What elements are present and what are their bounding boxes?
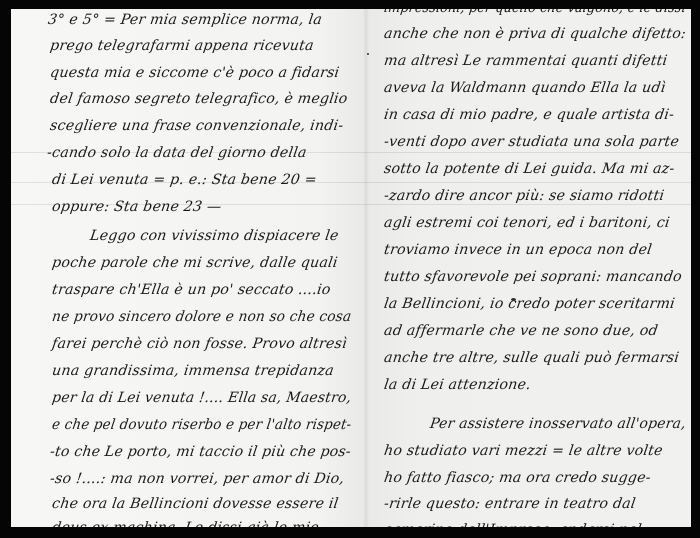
text-line: ad affermarle che ve ne sono due, od [383, 323, 659, 339]
text-line: troviamo invece in un epoca non del [383, 242, 653, 258]
text-line: Leggo con vivissimo dispiacere le [89, 228, 340, 244]
text-line: -so !....: ma non vorrei, per amor di Di… [49, 471, 345, 487]
text-line: per la di Lei venuta !.... Ella sa, Maes… [51, 390, 352, 406]
text-line: sotto la potente di Lei guida. Ma mi az- [383, 161, 676, 177]
text-line: del famoso segreto telegrafico, è meglio [49, 91, 349, 107]
text-line: in casa di mio padre, e quale artista di… [383, 107, 675, 123]
text-line: -zardo dire ancor più: se siamo ridotti [383, 188, 665, 204]
text-line: farei perchè ciò non fosse. Provo altres… [51, 336, 348, 352]
text-line: anche che non è priva di qualche difetto… [383, 26, 687, 42]
text-line: questa mia e siccome c'è poco a fidarsi [49, 65, 340, 81]
text-line: anche tre altre, sulle quali può fermars… [383, 350, 680, 366]
text-line: poche parole che mi scrive, dalle quali [51, 255, 339, 271]
text-line: ho fatto fiasco; ma ora credo sugge- [383, 470, 652, 486]
text-line: una grandissima, immensa trepidanza [51, 363, 335, 379]
ink-blot [511, 298, 516, 301]
text-line: aveva la Waldmann quando Ella la udì [383, 80, 667, 96]
ink-speck [367, 53, 369, 55]
text-line: 3° e 5° = Per mia semplice norma, la [47, 12, 323, 28]
text-line: tutto sfavorevole pei soprani: mancando [383, 269, 683, 285]
text-line: che ora la Bellincioni dovesse essere il [51, 496, 339, 512]
text-line: ma altresì Le rammentai quanti difetti [383, 53, 668, 69]
text-line: impressioni, per quello che valgono, e l… [383, 9, 687, 16]
text-line-underlined: deus ex machina. Le dissi già le mie [51, 520, 320, 527]
right-page: impressioni, per quello che valgono, e l… [369, 9, 691, 527]
text-line: -cando solo la data del giorno della [46, 145, 308, 161]
left-page: 3° e 5° = Per mia semplice norma, la pre… [11, 9, 356, 527]
text-line: Per assistere inosservato all'opera, [429, 416, 687, 432]
text-line: la di Lei attenzione. [383, 377, 532, 393]
letter-sheet: 3° e 5° = Per mia semplice norma, la pre… [11, 9, 691, 527]
text-line: -venti dopo aver studiata una sola parte [383, 134, 680, 150]
text-line: e che pel dovuto riserbo e per l'alto ri… [51, 417, 352, 433]
text-line: camerino dell'Impresa, andarsi nel [383, 522, 643, 527]
text-line: scegliere una frase convenzionale, indi- [49, 118, 344, 134]
text-line: traspare ch'Ella è un po' seccato ....io [51, 282, 332, 298]
text-line: la Bellincioni, io credo poter sceritarm… [383, 296, 676, 312]
text-line: di Lei venuta = p. e.: Sta bene 20 = [51, 172, 318, 188]
scan-background: 3° e 5° = Per mia semplice norma, la pre… [0, 0, 700, 538]
text-line: -rirle questo: entrare in teatro dal [383, 496, 637, 512]
text-line: ho studiato vari mezzi = le altre volte [383, 443, 664, 459]
text-line: agli estremi coi tenori, ed i baritoni, … [383, 215, 671, 231]
text-line: oppure: Sta bene 23 — [51, 199, 222, 215]
text-line: ne provo sincero dolore e non so che cos… [51, 309, 352, 325]
text-line: prego telegrafarmi appena ricevuta [49, 38, 315, 54]
text-line: -to che Le porto, mi taccio il più che p… [49, 444, 352, 460]
